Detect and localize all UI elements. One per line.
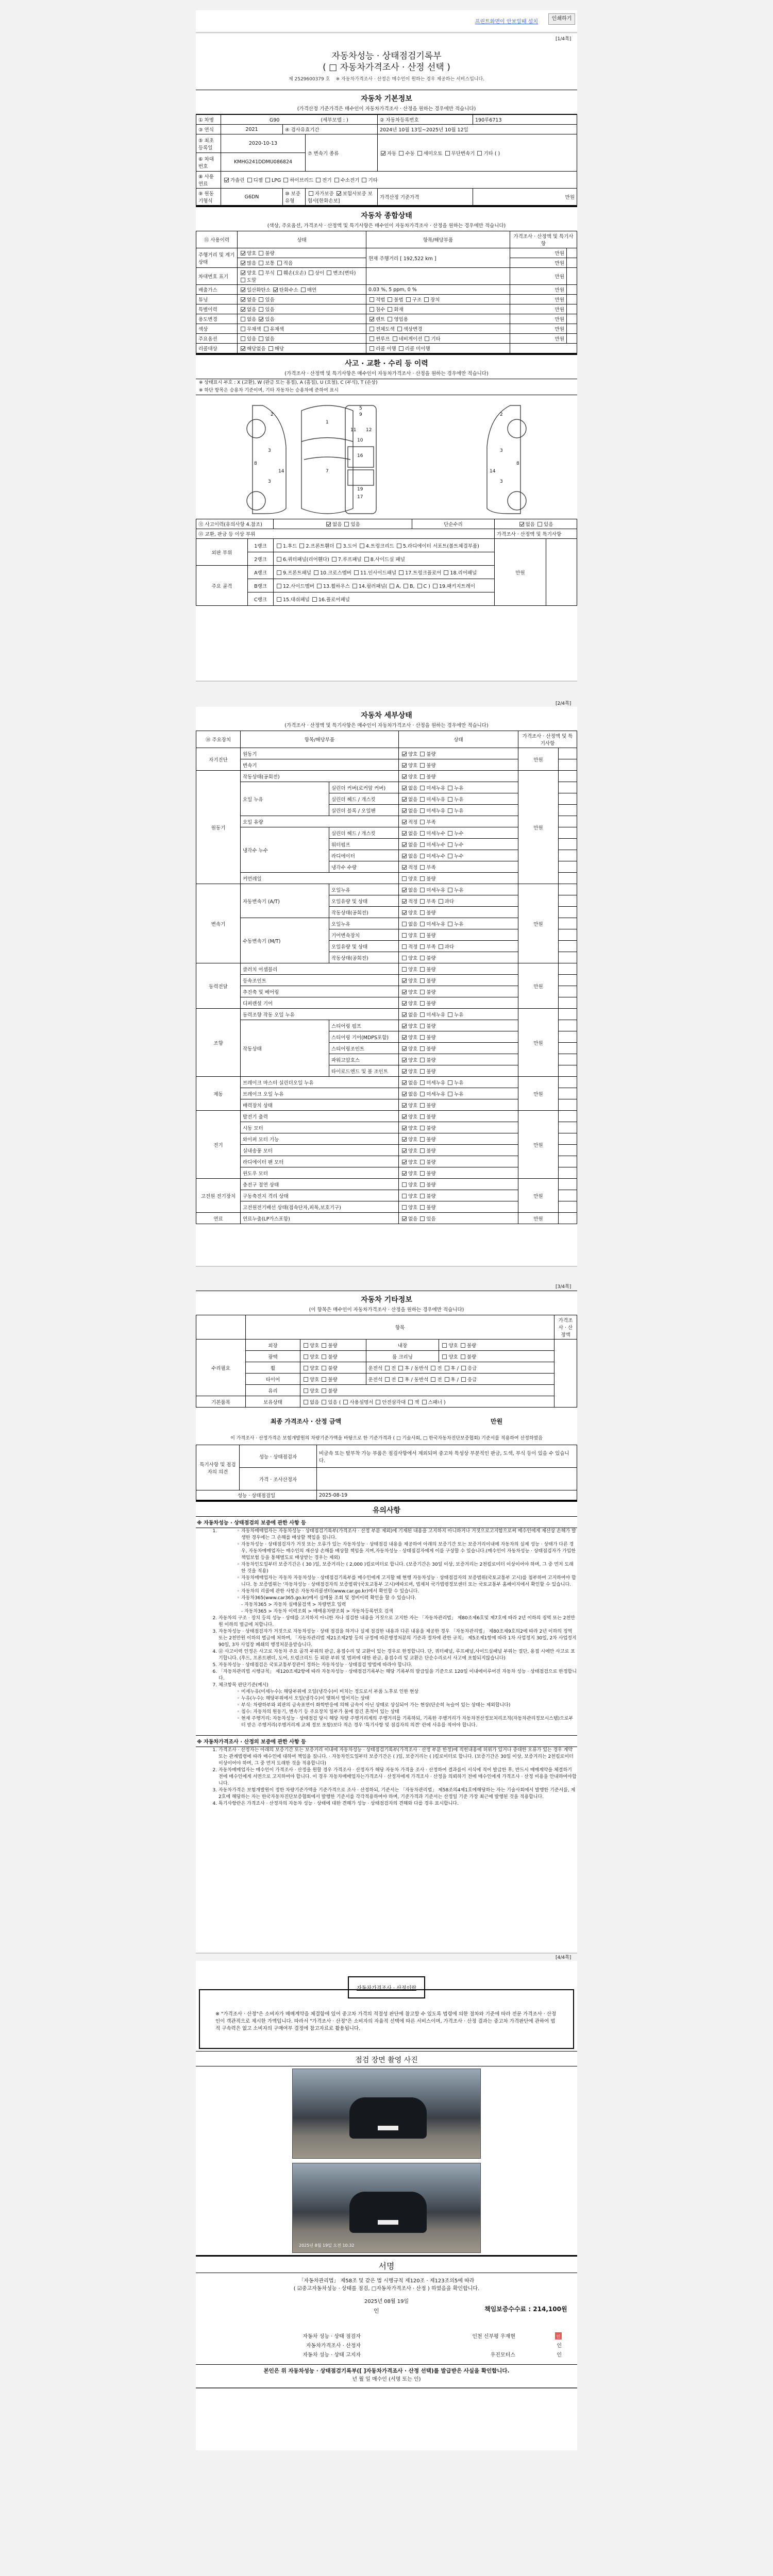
label: ⑩ 보증유형 [283, 189, 306, 206]
sub-item-label: 워터펌프 [329, 839, 399, 850]
checkbox [398, 1377, 403, 1382]
checkbox [390, 584, 394, 588]
checkbox [537, 522, 542, 527]
sub-item-label: 오일누유 [329, 884, 399, 895]
checkbox [448, 854, 452, 858]
status-cell: 양호 불량 [399, 1043, 518, 1054]
option-label: 훼손(오손) [283, 270, 306, 276]
checkbox [402, 933, 407, 938]
sign-date: 2025년 08월 19일 [196, 2292, 577, 2304]
status-cell: 양호 불량 [399, 1201, 518, 1213]
signer-name [361, 2342, 515, 2351]
checkbox [369, 297, 374, 302]
checkbox [301, 287, 306, 292]
price-cell: 만원 [518, 748, 559, 771]
item-label: 추진축 및 베어링 [241, 986, 399, 997]
checkbox [259, 336, 263, 341]
column-header: 가격조사 · 산정액 및 특기사항 [518, 731, 577, 748]
checkbox [304, 1366, 308, 1370]
sub-item-label: 기어변속장치 [329, 929, 399, 941]
note-item: 자동차성능 · 상태점검자가 거짓으로 자동차성능 · 상태 점검을 하거나 실… [219, 1629, 577, 1649]
sub-item-label: 실린더 커버(로커암 커버) [329, 782, 399, 793]
notes-heading: 유의사항 [196, 1502, 577, 1516]
price-cell: 만원 [510, 258, 567, 268]
price-cell: 만원 [510, 295, 567, 304]
checkbox [402, 978, 407, 983]
legend-1: ※ 상태표시 부호 : X (교환), W (판금 또는 용접), A (흠집)… [196, 379, 577, 387]
label: 성능 · 상태점검자 [240, 1445, 317, 1468]
checkbox [241, 317, 245, 321]
table-row: 리콜대상해당없음 해당 리콜 이행 리콜 미이행 [196, 344, 577, 353]
item-label: 클러치 어셈블리 [241, 963, 399, 975]
checkbox [402, 1024, 407, 1028]
checkbox [268, 346, 273, 351]
detail-table: ⑭ 주요장치항목/해당부품상태가격조사 · 산정액 및 특기사항자기진단원동기양… [196, 731, 577, 1224]
checkbox [402, 1058, 407, 1062]
checkbox [322, 1400, 326, 1404]
engine-type: G6DN [221, 189, 283, 206]
checkbox [420, 978, 425, 983]
status-cell: 없음 있음 ( 사용설명서 안전삼각대 잭 스패너 ) [300, 1396, 554, 1408]
page-3: 자동차 기타정보 (이 항목은 매수인이 자동차가격조사 · 산정을 원하는 경… [196, 1291, 577, 1953]
row-label: 주행거리 및 계기상태 [196, 248, 238, 268]
page-number: [3/4쪽] [556, 1283, 770, 1290]
status-cell: 없음 미세누유 누유 [399, 1088, 518, 1099]
page-number: [2/4쪽] [556, 700, 770, 706]
item-label: 발전기 출력 [241, 1111, 399, 1122]
detail-heading: 자동차 세부상태 [196, 707, 577, 721]
checkbox [241, 336, 245, 341]
checkbox [422, 1400, 427, 1404]
column-header: ⑪ 사용이력 [196, 231, 238, 248]
row-label: 수리필요 [196, 1340, 246, 1396]
checkbox [420, 808, 425, 813]
checkbox [402, 1035, 407, 1040]
option-label: 유채색 [270, 327, 284, 332]
table-row: 변속기자동변속기 (A/T)오일누유없음 미세누유 누유만원 [196, 884, 577, 895]
option-label: 없음 [265, 336, 274, 342]
status-cell: 없음 미세누유 누유 [399, 884, 518, 895]
inspector-opinion: 비금속 또는 탈부착 가능 부품은 점검사항에서 제외되며 중고차 특성상 부분… [317, 1445, 577, 1468]
option-label: 없음 [247, 297, 256, 303]
checkbox [332, 557, 337, 562]
checkbox [448, 1092, 452, 1096]
checkbox [402, 1092, 407, 1096]
option-label: 상이 [315, 270, 324, 276]
checkbox [352, 584, 357, 588]
row-label: 기본품목 [196, 1396, 246, 1408]
checkbox [420, 1194, 425, 1198]
item-label: 수동변속기 (M/T) [241, 918, 329, 963]
checkbox [322, 1343, 326, 1348]
status-cell: 양호 불량 [439, 1340, 554, 1351]
row-label: 배출가스 [196, 285, 238, 295]
status-cell: 양호 불량 [399, 1190, 518, 1201]
checkbox [399, 151, 404, 156]
item-label: 광택 [246, 1351, 300, 1362]
rank-label: 1랭크 [248, 539, 274, 552]
note-sub-item: 자동차성능 · 상태점검자가 거짓 또는 오류가 있는 자동차성능 · 상태점검… [241, 1541, 577, 1562]
checkbox [304, 1343, 308, 1348]
sub-item-label: 오일누유 [329, 918, 399, 929]
status-cell: 양호 불량 [399, 748, 518, 759]
item-cell: 썬루프 네비게이션 기타 [366, 334, 510, 344]
first-reg-date: 2020-10-13 [221, 134, 306, 153]
checkbox [420, 910, 425, 915]
note-sub-item: 자동차의 리콜에 관한 사항은 자동차리콜센터(www.car.go.kr)에서… [241, 1588, 577, 1595]
signer-name: 우진모터스 [361, 2351, 515, 2360]
note-sub-item: 자동차인도일부터 보증기간은 ( 30 )일, 보증거리는 ( 2,000 )킬… [241, 1562, 577, 1575]
page-number: [1/4쪽] [556, 35, 770, 42]
parts-cell: 1.후드 2.프론트휀더 3.도어 4.트렁크리드 5.라디에이터 서포트(볼트… [274, 539, 495, 552]
page-gap [196, 1266, 577, 1289]
signer-role: 자동차가격조사 · 산정자 [196, 2342, 361, 2351]
status-cell: 양호 불량 [399, 1054, 518, 1065]
photo-timestamp: 2025년 8월 19일 오전 10:32 [299, 2243, 355, 2248]
checkbox [420, 1103, 425, 1108]
checkbox [241, 297, 245, 302]
price-cell: 만원 [518, 771, 559, 884]
vin: KMHG241DDMU086824 [221, 153, 306, 172]
rank-label: A랭크 [248, 566, 274, 579]
checkbox [337, 191, 341, 196]
row-label: 리콜대상 [196, 344, 238, 353]
item-label: 브레이크 마스터 실린더오일 누유 [241, 1077, 399, 1088]
checkbox [241, 270, 245, 275]
final-price-unit: 만원 [491, 1417, 502, 1426]
label: ⑧ 사용연료 [196, 172, 221, 189]
group-label: 외판 부위 [196, 539, 248, 566]
status-cell: 없음 미세누수 누수 [399, 839, 518, 850]
checkbox [277, 261, 282, 265]
checkbox [402, 1205, 407, 1210]
item-cell: 적법 불법 구조 장치 [366, 295, 510, 304]
checkbox [398, 1366, 403, 1370]
item-label: 내장 [366, 1340, 439, 1351]
checkbox [445, 1366, 449, 1370]
table-row: 튜닝없음 있음 적법 불법 구조 장치만원 [196, 295, 577, 304]
install-print-link[interactable]: 프린트화면이 안보일때 설치 [475, 17, 538, 25]
signer-row: 자동차가격조사 · 산정자인 [196, 2342, 577, 2351]
receipt-sign-line: 년 월 일 매수인 (서명 또는 인) [196, 2375, 577, 2382]
checkbox [277, 584, 281, 588]
checkbox [397, 544, 401, 548]
checkbox [420, 865, 425, 870]
checkbox [420, 1058, 425, 1062]
checkbox [477, 151, 482, 156]
sub-item-label: 스티어링 기어(MDPS포함) [329, 1031, 399, 1043]
checkbox [259, 317, 263, 321]
item-label: 라디에이터 팬 모터 [241, 1156, 399, 1167]
signer-row: 자동차 성능 · 상태 점검자인천 신부평 우재현인 [196, 2332, 577, 2342]
checkbox [442, 1343, 447, 1348]
checkbox [334, 178, 339, 182]
checkbox [273, 287, 278, 292]
checkbox [402, 786, 407, 790]
status-cell: 양호 불량 [399, 1122, 518, 1133]
checkbox [388, 317, 392, 321]
checkbox [322, 1354, 326, 1359]
sub-item-label: 파워고압호스 [329, 1054, 399, 1065]
price-cell: 만원 [510, 248, 567, 258]
signer-list: 자동차 성능 · 상태 점검자인천 신부평 우재현인자동차가격조사 · 산정자인… [196, 2317, 577, 2364]
overall-heading: 자동차 종합상태 [196, 207, 577, 222]
status-cell: 양호 불량 [399, 1133, 518, 1145]
note-item: 특기사항란은 가격조사 · 산정자의 자동차 성능 · 상태에 대한 견해가 성… [219, 1801, 577, 1807]
option-label: 무단변속기 [451, 151, 475, 157]
checkbox [224, 178, 229, 182]
svg-text:8: 8 [516, 461, 519, 466]
status-cell: 해당없음 해당 [238, 344, 366, 353]
checkbox [402, 910, 407, 915]
checkbox [369, 307, 374, 312]
checkbox [277, 270, 282, 275]
table-row: 광택양호 불량룸 크리닝양호 불량 [196, 1351, 577, 1362]
status-cell: 없음 있음 [238, 304, 366, 314]
checkbox [461, 1343, 465, 1348]
status-cell: 많음 보통 적음 [238, 258, 366, 268]
seal: 인 [515, 2351, 562, 2360]
checkbox [420, 1046, 425, 1051]
group-label: 주요 골격 [196, 566, 248, 606]
option-label: 양호 [247, 251, 256, 257]
note-sub-item: 자동차매매업자는 자동차 자동차성능 · 상태점검기록부를 매수인에게 고지할 … [241, 1575, 577, 1588]
status-cell: 없음 미세누수 누수 [399, 827, 518, 839]
note-item: 체크항목 판단기준(예시)미세누유(미세누수): 해당부위에 오일(냉각수)이 … [219, 1682, 577, 1729]
overall-table: ⑪ 사용이력상태항목/해당부품가격조사 · 산정액 및 특기사항주행거리 및 계… [196, 231, 577, 353]
transmission-options: 자동 수동 세미오토 무단변속기 기타 ( ) [378, 134, 577, 172]
option-label: 해당 [275, 346, 284, 352]
checkbox [420, 1092, 425, 1096]
item-label: 브레이크 오일 누유 [241, 1088, 399, 1099]
svg-text:12: 12 [366, 428, 372, 433]
checkbox [425, 336, 429, 341]
checkbox [402, 752, 407, 756]
model-year: 2021 [221, 125, 283, 134]
checkbox [343, 1400, 348, 1404]
table-row: 전기발전기 출력양호 불량만원 [196, 1111, 577, 1122]
accident-heading: 사고 · 교환 · 수리 등 이력 [196, 355, 577, 369]
option-label: 전기 [322, 178, 331, 183]
checkbox [420, 1205, 425, 1210]
checkbox [420, 854, 425, 858]
reg-number: 190루6713 [473, 114, 577, 125]
checkbox [461, 1377, 466, 1382]
checkbox [420, 1148, 425, 1153]
checkbox [259, 297, 263, 302]
label: ⑬ 교환, 판금 등 이상 부위 [196, 529, 495, 539]
row-label: 용도변경 [196, 314, 238, 324]
row-label: 색상 [196, 324, 238, 334]
status-cell: 양호 불량 [399, 1156, 518, 1167]
option-label: 기타 [368, 178, 377, 183]
table-row: 주행거리 및 계기상태양호 불량 현재 주행거리 [ 192,522 km ]만… [196, 248, 577, 258]
checkbox [402, 1137, 407, 1142]
checkbox [309, 191, 313, 196]
checkbox [402, 865, 407, 870]
svg-text:3: 3 [268, 448, 271, 453]
label: ① 차명 [196, 114, 221, 125]
etc-note: (이 항목은 매수인이 자동차가격조사 · 산정을 원하는 경우에만 적습니다) [196, 1306, 577, 1315]
checkbox [277, 544, 281, 548]
row-label: 특별이력 [196, 304, 238, 314]
status-cell: 양호 불량 [399, 997, 518, 1009]
checkbox [420, 1126, 425, 1130]
note-sub-item: 누유(누수): 해당부위에서 오일(냉각수)이 맺혀서 떨어지는 상태 [241, 1696, 577, 1702]
checkbox [241, 307, 245, 312]
checkbox [448, 831, 452, 836]
status-cell: 없음 미세누수 누수 [399, 850, 518, 861]
basic-info-heading: 자동차 기본정보 [196, 90, 577, 105]
option-label: 있음 [544, 522, 553, 528]
table-row: 색상무채색 유채색 전체도색 색상변경만원 [196, 324, 577, 334]
checkbox [461, 1366, 466, 1370]
checkbox [402, 990, 407, 994]
status-cell: 양호 불량 [399, 873, 518, 884]
checkbox [277, 557, 281, 562]
price-cell: 만원 [510, 304, 567, 314]
device-label: 연료 [196, 1213, 241, 1224]
checkbox [259, 270, 263, 275]
price-cell: 만원 [510, 334, 567, 344]
svg-text:10: 10 [357, 438, 363, 443]
column-header: 상태 [238, 231, 366, 248]
checkbox [402, 922, 407, 926]
sign-law: 「자동차관리법」 제58조 및 같은 법 시행규칙 제120조 · 제123조의… [196, 2273, 577, 2284]
status-cell: 일산화탄소 탄화수소 매연 [238, 285, 366, 295]
checkbox [420, 1137, 425, 1142]
option-label: 많음 [247, 261, 256, 266]
submodel: (세부모델 : ) [321, 117, 348, 123]
item-label: 오일 유량 [241, 816, 399, 827]
item-label: 변속기 [241, 759, 399, 771]
status-cell: 있음 없음 [238, 334, 366, 344]
svg-text:1: 1 [326, 420, 329, 425]
simple-repair: 없음 있음 [495, 519, 577, 529]
etc-table: 항목가격조사 · 산정액수리필요외장양호 불량내장양호 불량광택양호 불량룸 크… [196, 1315, 577, 1408]
checkbox [402, 956, 407, 960]
note-sub-item: 자동차매매업자는 자동차성능 · 상태점검기록부(가격조사 · 산정 부분 제외… [241, 1528, 577, 1541]
checkbox [402, 967, 407, 972]
device-label: 동력전달 [196, 963, 241, 1009]
label: ⑥ 차대번호 [196, 153, 221, 172]
label: ④ 검사유효기간 [283, 125, 378, 134]
status-cell: 양호 불량 [399, 986, 518, 997]
svg-text:8: 8 [254, 461, 257, 466]
checkbox [448, 888, 452, 892]
page-4: 자동차가격조사 · 산정이란 ※ "가격조사 · 산정"은 소비자가 매매계약을… [196, 1961, 577, 2450]
checkbox [326, 522, 331, 527]
checkbox [397, 327, 402, 331]
status-cell: 없음 있음 [238, 314, 366, 324]
item-label: 윈도우 모터 [241, 1167, 399, 1179]
svg-text:17: 17 [357, 495, 363, 500]
status-cell: 양호 불량 [399, 771, 518, 782]
checkbox [354, 570, 359, 575]
checkbox [402, 808, 407, 813]
status-cell: 없음 미세누유 누유 [399, 782, 518, 793]
sub-item-label: 스티어링 펌프 [329, 1020, 399, 1031]
option-label: 해당없음 [247, 346, 266, 352]
checkbox [461, 1354, 465, 1359]
option-label: 변조(변타) [333, 270, 356, 276]
checkbox [402, 944, 407, 949]
svg-text:9: 9 [359, 412, 362, 417]
info-box-text: ※ "가격조사 · 산정"은 소비자가 매매계약을 체결함에 있어 중고차 가격… [199, 1989, 574, 2049]
option-label: 없음 [247, 307, 256, 313]
checkbox [241, 251, 245, 256]
price-cell: 만원 [518, 963, 559, 1009]
checkbox [369, 327, 374, 331]
page-1: 자동차성능 · 상태점검기록부 ( □ 자동차가격조사 · 산정 선택 ) 제 … [196, 34, 577, 681]
notes-price-heading: ※ 자동차가격조사 · 산정의 보증에 관한 사항 등 [196, 1735, 577, 1747]
table-row: 연료연료누출(LP가스포함)없음 있음만원 [196, 1213, 577, 1224]
svg-text:2: 2 [500, 412, 503, 417]
item-label: 디퍼렌셜 기어 [241, 997, 399, 1009]
item-label: 고전원전기배선 상태(접속단자,피복,보호기구) [241, 1201, 399, 1213]
checkbox [304, 1388, 308, 1393]
note-item: 자동차성능 · 상태점검은 국토교통부장관이 정하는 자동차성능 · 상태점검 … [219, 1662, 577, 1669]
checkbox [265, 178, 270, 182]
opinion-table: 특기사항 및 점검자의 의견성능 · 상태점검자비금속 또는 탈부착 가능 부품… [196, 1445, 577, 1500]
page-gap [196, 1953, 577, 1960]
basic-info-table: ① 차명G90(세부모델 : )② 자동차등록번호190루6713 ③ 연식20… [196, 114, 577, 206]
label: 단순수리 [412, 519, 494, 529]
checkbox [420, 797, 425, 802]
table-row: 동력전달클러치 어셈블리양호 불량만원 [196, 963, 577, 975]
option-label: 수동 [405, 151, 414, 157]
print-button[interactable]: 인쇄하기 [548, 13, 575, 25]
sign-confirm: ( ☑중고자동차성능 · 상태를 점검, □자동차가격조사 · 산정 ) 하였음… [196, 2284, 577, 2292]
final-price: 최종 가격조사 · 산정 금액만원 [196, 1408, 577, 1435]
note-sub-item: 현재 주행거리: 자동차성능 · 상태점검 당시 해당 차량 주행거리계의 주행… [241, 1716, 577, 1729]
status-cell: 양호 불량 [300, 1351, 366, 1362]
rank-label: C랭크 [248, 592, 274, 606]
checkbox [420, 990, 425, 994]
sub-item-label: 실린더 블록 / 오일팬 [329, 805, 399, 816]
row-label: 주요옵션 [196, 334, 238, 344]
checkbox [420, 1080, 425, 1085]
price-cell: 만원 [510, 324, 567, 334]
table-row: 용도변경없음 있음 렌트 영업용만원 [196, 314, 577, 324]
option-label: 매연 [307, 287, 316, 293]
checkbox [393, 336, 397, 341]
status-cell: 양호 불량 [399, 1111, 518, 1122]
parts-cell: 15.대쉬패널 16.플로어패널 [274, 592, 495, 606]
item-label: 충전구 절연 상태 [241, 1179, 399, 1190]
checkbox [417, 584, 422, 588]
table-row: 주요옵션있음 없음 썬루프 네비게이션 기타만원 [196, 334, 577, 344]
label: 가격조사 · 산정액 및 특기사항 [495, 529, 577, 539]
device-label: 변속기 [196, 884, 241, 963]
position-cell: 운전석 전 후 / 동반석 전 후 / 응급 [366, 1362, 554, 1374]
status-cell: 양호 불량 [399, 1179, 518, 1190]
status-cell: 양호 불량 [399, 952, 518, 963]
item-label: 냉각수 누수 [241, 827, 329, 873]
option-label: 디젤 [254, 178, 263, 183]
photo-heading: 점검 장면 촬영 사진 [196, 2051, 577, 2066]
checkbox [369, 336, 374, 341]
checkbox [420, 956, 425, 960]
label: 가격산정 기준가격 [378, 189, 473, 206]
option-label: 무채색 [247, 327, 261, 332]
option-label: 있음 [350, 522, 360, 528]
option-label: 없음 [247, 317, 256, 323]
price-cell: 만원 [518, 884, 559, 963]
status-cell: 양호 불량 [399, 1065, 518, 1077]
status-cell: 양호 불량 [439, 1351, 554, 1362]
inspection-date: 2025-08-19 [317, 1490, 577, 1500]
